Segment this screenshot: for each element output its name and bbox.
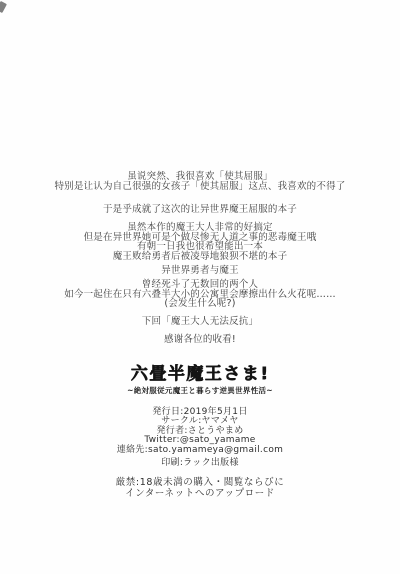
- scanned-afterword-page: 虽说突然、我很喜欢「使其屈服」 特别是让认为自己很强的女孩子「使其屈服」这点、我…: [0, 0, 400, 574]
- colophon-block: 発行日:2019年5月1日 サークル:ヤマメヤ 発行者:さとうやまめ Twitt…: [0, 408, 400, 470]
- afterword-line: 异世界勇者与魔王: [0, 266, 400, 276]
- afterword-block-4: 异世界勇者与魔王: [0, 266, 400, 276]
- afterword-block-7: 感谢各位的收看!: [0, 335, 400, 345]
- warning-line: インターネットへのアップロード: [0, 489, 400, 500]
- colophon-printer: 印刷:ラック出版様: [0, 459, 400, 469]
- afterword-next-issue-line: 下回「魔王大人无法反抗」: [0, 317, 400, 327]
- afterword-block-1: 虽说突然、我很喜欢「使其屈服」 特别是让认为自己很强的女孩子「使其屈服」这点、我…: [0, 172, 400, 192]
- colophon-contact-email: 連絡先:sato.yamameya@gmail.com: [0, 446, 400, 456]
- afterword-line: 于是乎成就了这次的让异世界魔王屈服的本子: [0, 205, 400, 215]
- afterword-block-5: 曾经死斗了无数回的两个人 如今一起住在只有六叠半大小的公寓里会摩擦出什么火花呢……: [0, 280, 400, 309]
- age-restriction-warning: 厳禁:18歳未満の購入・閲覧ならびに インターネットへのアップロード: [0, 478, 400, 499]
- afterword-line: (会发生什么呢?): [0, 299, 400, 309]
- warning-line: 厳禁:18歳未満の購入・閲覧ならびに: [0, 478, 400, 489]
- afterword-block-2: 于是乎成就了这次的让异世界魔王屈服的本子: [0, 205, 400, 215]
- afterword-block-3: 虽然本作的魔王大人非常的好搞定 但是在异世界她可是个做尽惨无人道之事的恶毒魔王哦…: [0, 223, 400, 261]
- book-title-block: 六畳半魔王さま! ~絶対服従元魔王と暮らす逆異世界性活~: [0, 364, 400, 395]
- book-subtitle: ~絶対服従元魔王と暮らす逆異世界性活~: [0, 386, 400, 395]
- afterword-line: 特别是让认为自己很强的女孩子「使其屈服」这点、我喜欢的不得了: [0, 182, 400, 192]
- afterword-block-6: 下回「魔王大人无法反抗」: [0, 317, 400, 327]
- afterword-thanks-line: 感谢各位的收看!: [0, 335, 400, 345]
- book-title: 六畳半魔王さま!: [0, 364, 400, 384]
- page-content: 虽说突然、我很喜欢「使其屈服」 特别是让认为自己很强的女孩子「使其屈服」这点、我…: [0, 0, 400, 499]
- afterword-line: 魔王败给勇者后被凌辱地狼狈不堪的本子: [0, 252, 400, 262]
